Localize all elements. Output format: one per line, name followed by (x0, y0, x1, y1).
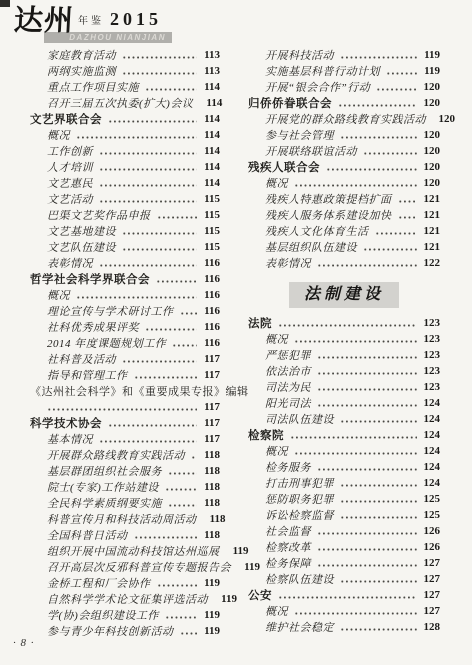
page-number: 114 (200, 161, 220, 173)
dot-leader (340, 475, 417, 491)
entry-label: 召开高层次反邪科普宣传专题报告会 (47, 559, 231, 575)
page-number: 125 (420, 493, 440, 505)
page-number: 120 (420, 177, 440, 189)
toc-entry: 117 (30, 399, 220, 415)
page-number: 116 (200, 289, 220, 301)
dot-leader (290, 427, 417, 443)
entry-label: 科普宣传月和科技活动周活动 (47, 511, 197, 527)
entry-label: 理论宣传与学术研讨工作 (47, 303, 174, 319)
page-number: 113 (200, 65, 220, 77)
entry-label: 检务服务 (265, 459, 311, 475)
entry-label: 开展群众路线教育实践活动 (47, 447, 185, 463)
entry-label: 归侨侨眷联合会 (248, 95, 332, 111)
toc-entry: 召开三届五次执委(扩大)会议114 (30, 95, 220, 111)
dot-leader (278, 587, 417, 603)
toc-entry: 维护社会稳定128 (248, 619, 440, 635)
page-number: 118 (200, 497, 220, 509)
page-number: 120 (435, 113, 455, 125)
dot-leader (99, 143, 197, 159)
toc-section-entry: 检察院124 (248, 427, 440, 443)
page-number: 116 (200, 257, 220, 269)
page-number: 117 (200, 433, 220, 445)
toc-entry: 检察改革126 (248, 539, 440, 555)
entry-label: 诉讼检察监督 (265, 507, 334, 523)
toc-entry: 依法治市123 (248, 363, 440, 379)
dot-leader (294, 331, 417, 347)
dot-leader (108, 415, 197, 431)
page-number: 123 (420, 349, 440, 361)
entry-label: 哲学社会科学界联合会 (30, 271, 150, 287)
toc-entry: 概况120 (248, 175, 440, 191)
entry-label: 残疾人文化体育生活 (265, 223, 369, 239)
entry-label: 法院 (248, 315, 272, 331)
page-number: 120 (420, 81, 440, 93)
page-number: 116 (200, 273, 220, 285)
dot-leader (338, 95, 417, 111)
page-number: 119 (229, 545, 249, 557)
entry-label: 表彰情况 (47, 255, 93, 271)
dot-leader (317, 379, 417, 395)
dot-leader (340, 491, 417, 507)
toc-entry: 文艺基地建设115 (30, 223, 220, 239)
entry-label: 工作创新 (47, 143, 93, 159)
page-number: 119 (420, 49, 440, 61)
toc-section-entry: 公安127 (248, 587, 440, 603)
entry-label: 社会监督 (265, 523, 311, 539)
toc-entry: 残疾人特惠政策提档扩面121 (248, 191, 440, 207)
dot-leader (317, 255, 417, 271)
toc-section-entry: 文艺界联合会114 (30, 111, 220, 127)
dot-leader (398, 191, 418, 207)
entry-label: 开展联络联谊活动 (265, 143, 357, 159)
toc-entry: 残疾人文化体育生活121 (248, 223, 440, 239)
entry-label: 公安 (248, 587, 272, 603)
page-number: 115 (200, 209, 220, 221)
page-number: 113 (200, 49, 220, 61)
dot-leader (363, 143, 417, 159)
toc-entry: 全民科学素质纲要实施118 (30, 495, 220, 511)
dot-leader (340, 619, 417, 635)
entry-label: 重点工作项目实施 (47, 79, 139, 95)
page-number: 116 (200, 337, 220, 349)
entry-label: 文艺惠民 (47, 175, 93, 191)
entry-label: 自然科学学术论文征集评选活动 (47, 591, 208, 607)
page-number: 122 (420, 257, 440, 269)
entry-label: 文艺基地建设 (47, 223, 116, 239)
dot-leader (340, 127, 417, 143)
entry-label: 开展党的群众路线教育实践活动 (265, 111, 426, 127)
dot-leader (340, 411, 417, 427)
logo-title-en: DAZHOU NIANJIAN (69, 33, 166, 42)
page-number: 120 (420, 145, 440, 157)
entry-label: 科学技术协会 (30, 415, 102, 431)
entry-label: 社科普及活动 (47, 351, 116, 367)
dot-leader (99, 431, 197, 447)
entry-label: 参与青少年科技创新活动 (47, 623, 174, 639)
entry-label: 指导和管理工作 (47, 367, 128, 383)
toc-entry: 两纲实施监测113 (30, 63, 220, 79)
dot-leader (145, 79, 197, 95)
toc-entry: 人才培训114 (30, 159, 220, 175)
page-number: 117 (200, 369, 220, 381)
toc-entry: 基层群团组织社会服务118 (30, 463, 220, 479)
logo-year: 2015 (110, 9, 162, 30)
entry-label: 概况 (47, 287, 70, 303)
toc-entry: 司法队伍建设124 (248, 411, 440, 427)
entry-label: 文艺活动 (47, 191, 93, 207)
entry-label: 概况 (265, 603, 288, 619)
entry-label: 组织开展中国流动科技馆达州巡展 (47, 543, 220, 559)
toc-entry: 开展联络联谊活动120 (248, 143, 440, 159)
entry-label: 社科优秀成果评奖 (47, 319, 139, 335)
toc-entry: 文艺活动115 (30, 191, 220, 207)
dot-leader (294, 603, 417, 619)
toc-entry: 惩防职务犯罪125 (248, 491, 440, 507)
part-banner-row: 法制建设 (248, 282, 440, 308)
page-number: 118 (206, 513, 226, 525)
page-number: 124 (420, 445, 440, 457)
page-number: 125 (420, 509, 440, 521)
toc-section-entry: 哲学社会科学界联合会116 (30, 271, 220, 287)
dot-leader (376, 79, 417, 95)
toc-entry: 参与社会管理120 (248, 127, 440, 143)
page-number: 121 (420, 193, 440, 205)
entry-label: 基本情况 (47, 431, 93, 447)
page-number: 123 (420, 381, 440, 393)
toc-entry: 文艺惠民114 (30, 175, 220, 191)
dot-leader (76, 287, 197, 303)
dot-leader (317, 539, 417, 555)
page-number: 128 (420, 621, 440, 633)
dot-leader (99, 191, 197, 207)
page-number: 114 (200, 177, 220, 189)
entry-label: 开展科技活动 (265, 47, 334, 63)
toc-entry: 概况114 (30, 127, 220, 143)
toc-entry: 社会监督126 (248, 523, 440, 539)
page-number: 123 (420, 365, 440, 377)
entry-label: 全国科普日活动 (47, 527, 128, 543)
page-number: 126 (420, 541, 440, 553)
page-number: 118 (200, 481, 220, 493)
entry-label: 概况 (265, 331, 288, 347)
toc-entry: 巴渠文艺奖作品申报115 (30, 207, 220, 223)
entry-label: 残疾人服务体系建设加快 (265, 207, 392, 223)
toc-entry: 家庭教育活动113 (30, 47, 220, 63)
toc-entry: 检务服务124 (248, 459, 440, 475)
page-number: 121 (420, 241, 440, 253)
dot-leader (340, 507, 417, 523)
dot-leader (157, 207, 198, 223)
dot-leader (340, 47, 417, 63)
page-number: 118 (200, 529, 220, 541)
dot-leader (278, 315, 417, 331)
entry-label: 2014 年度课题规划工作 (47, 335, 166, 351)
toc-entry: 社科优秀成果评奖116 (30, 319, 220, 335)
toc-entry: 基层组织队伍建设121 (248, 239, 440, 255)
logo-subtitle-cn: 年鉴 (78, 12, 104, 27)
entry-label: 依法治市 (265, 363, 311, 379)
page-number: 123 (420, 317, 440, 329)
page-number: 124 (420, 461, 440, 473)
toc-entry: 基本情况117 (30, 431, 220, 447)
page-number: 119 (200, 577, 220, 589)
toc-entry: 残疾人服务体系建设加快121 (248, 207, 440, 223)
dot-leader (99, 175, 197, 191)
toc-section-entry: 归侨侨眷联合会120 (248, 95, 440, 111)
page-number: 116 (200, 305, 220, 317)
toc-entry: 概况123 (248, 331, 440, 347)
dot-leader (180, 303, 198, 319)
toc-entry: 开展群众路线教育实践活动118 (30, 447, 220, 463)
dot-leader (317, 555, 417, 571)
dot-leader (108, 111, 197, 127)
dot-leader (172, 335, 197, 351)
toc-entry: 文艺队伍建设115 (30, 239, 220, 255)
entry-label: 文艺界联合会 (30, 111, 102, 127)
page-number: 115 (200, 241, 220, 253)
page-number: 127 (420, 573, 440, 585)
dot-leader (122, 223, 197, 239)
page-number: 114 (202, 97, 222, 109)
entry-label: 参与社会管理 (265, 127, 334, 143)
toc-entry: 金桥工程和厂会协作119 (30, 575, 220, 591)
page-number: 115 (200, 225, 220, 237)
dot-leader (47, 399, 197, 415)
dot-leader (134, 367, 198, 383)
dot-leader (76, 127, 197, 143)
page-number: 124 (420, 477, 440, 489)
toc-entry: 开展科技活动119 (248, 47, 440, 63)
dot-leader (340, 571, 417, 587)
page-number: 120 (420, 161, 440, 173)
entry-label: 阳光司法 (265, 395, 311, 411)
toc-entry: 打击刑事犯罪124 (248, 475, 440, 491)
toc-entry: 工作创新114 (30, 143, 220, 159)
toc-entry: 参与青少年科技创新活动119 (30, 623, 220, 639)
page-number: 123 (420, 333, 440, 345)
toc-entry: 概况116 (30, 287, 220, 303)
dot-leader (317, 347, 417, 363)
page-number: 114 (200, 113, 220, 125)
toc-section-entry: 科学技术协会117 (30, 415, 220, 431)
dot-leader (168, 495, 197, 511)
dot-leader (386, 63, 417, 79)
entry-label: 家庭教育活动 (47, 47, 116, 63)
page-number: 116 (200, 321, 220, 333)
page-number: 127 (420, 605, 440, 617)
toc-entry: 表彰情况116 (30, 255, 220, 271)
toc-entry: 指导和管理工作117 (30, 367, 220, 383)
dot-leader (122, 63, 197, 79)
page-number: 119 (217, 593, 237, 605)
toc-entry: 诉讼检察监督125 (248, 507, 440, 523)
toc-entry: 实施基层科普行动计划119 (248, 63, 440, 79)
entry-label: 《达州社会科学》和《重要成果专报》编辑 (30, 383, 249, 399)
entry-label: 人才培训 (47, 159, 93, 175)
entry-label: 司法队伍建设 (265, 411, 334, 427)
toc-column-left: 家庭教育活动113两纲实施监测113重点工作项目实施114召开三届五次执委(扩大… (30, 47, 220, 639)
dot-leader (99, 255, 197, 271)
dot-leader (180, 623, 198, 639)
toc-entry: 重点工作项目实施114 (30, 79, 220, 95)
dot-leader (317, 395, 417, 411)
entry-label: 院士(专家)工作站建设 (47, 479, 159, 495)
toc-entry: 概况124 (248, 443, 440, 459)
page-number: 124 (420, 413, 440, 425)
entry-label: 表彰情况 (265, 255, 311, 271)
scan-corner-mark (0, 0, 10, 7)
page-number: 127 (420, 557, 440, 569)
toc-entry: 召开高层次反邪科普宣传专题报告会119 (30, 559, 220, 575)
entry-label: 开展“银会合作”行动 (265, 79, 370, 95)
dot-leader (122, 47, 197, 63)
page-number: 117 (200, 353, 220, 365)
toc-entry: 概况127 (248, 603, 440, 619)
entry-label: 维护社会稳定 (265, 619, 334, 635)
toc-section-entry: 法院123 (248, 315, 440, 331)
yearbook-toc-page: 达州 年鉴 2015 DAZHOU NIANJIAN 家庭教育活动113两纲实施… (0, 0, 472, 665)
entry-label: 残疾人特惠政策提档扩面 (265, 191, 392, 207)
entry-label: 实施基层科普行动计划 (265, 63, 380, 79)
dot-leader (156, 271, 197, 287)
entry-label: 两纲实施监测 (47, 63, 116, 79)
entry-label: 概况 (47, 127, 70, 143)
dot-leader (99, 159, 197, 175)
page-number: 126 (420, 525, 440, 537)
yearbook-logo: 达州 年鉴 2015 DAZHOU NIANJIAN (14, 4, 214, 44)
page-number: 124 (420, 429, 440, 441)
page-number: 119 (200, 609, 220, 621)
entry-label: 检察院 (248, 427, 284, 443)
entry-label: 残疾人联合会 (248, 159, 320, 175)
toc-entry: 《达州社会科学》和《重要成果专报》编辑 (30, 383, 220, 399)
page-number: 119 (200, 625, 220, 637)
logo-title-cn: 达州 (13, 4, 75, 38)
dot-leader (165, 479, 197, 495)
entry-label: 检察队伍建设 (265, 571, 334, 587)
toc-column-right: 开展科技活动119实施基层科普行动计划119开展“银会合作”行动120归侨侨眷联… (248, 47, 440, 635)
page-number: 120 (420, 129, 440, 141)
entry-label: 基层组织队伍建设 (265, 239, 357, 255)
dot-leader (317, 363, 417, 379)
dot-leader (122, 351, 197, 367)
entry-label: 基层群团组织社会服务 (47, 463, 162, 479)
toc-entry: 自然科学学术论文征集评选活动119 (30, 591, 220, 607)
page-number: 121 (420, 209, 440, 221)
entry-label: 学(协)会组织建设工作 (47, 607, 159, 623)
toc-entry: 社科普及活动117 (30, 351, 220, 367)
entry-label: 巴渠文艺奖作品申报 (47, 207, 151, 223)
dot-leader (294, 175, 417, 191)
entry-label: 全民科学素质纲要实施 (47, 495, 162, 511)
page-number-footer: · 8 · (13, 637, 35, 649)
toc-entry: 科普宣传月和科技活动周活动118 (30, 511, 220, 527)
toc-entry: 严惩犯罪123 (248, 347, 440, 363)
toc-entry: 全国科普日活动118 (30, 527, 220, 543)
page-number: 124 (420, 397, 440, 409)
toc-entry: 开展党的群众路线教育实践活动120 (248, 111, 440, 127)
dot-leader (165, 607, 197, 623)
dot-leader (145, 319, 197, 335)
entry-label: 文艺队伍建设 (47, 239, 116, 255)
entry-label: 打击刑事犯罪 (265, 475, 334, 491)
toc-entry: 检务保障127 (248, 555, 440, 571)
dot-leader (326, 159, 417, 175)
toc-entry: 司法为民123 (248, 379, 440, 395)
entry-label: 召开三届五次执委(扩大)会议 (47, 95, 193, 111)
page-number: 114 (200, 81, 220, 93)
toc-entry: 学(协)会组织建设工作119 (30, 607, 220, 623)
part-banner: 法制建设 (289, 282, 399, 308)
toc-entry: 组织开展中国流动科技馆达州巡展119 (30, 543, 220, 559)
entry-label: 惩防职务犯罪 (265, 491, 334, 507)
dot-leader (294, 443, 417, 459)
dot-leader (317, 459, 417, 475)
page-number: 114 (200, 145, 220, 157)
dot-leader (122, 239, 197, 255)
dot-leader (398, 207, 418, 223)
dot-leader (134, 527, 198, 543)
page-number: 118 (200, 465, 220, 477)
toc-section-entry: 残疾人联合会120 (248, 159, 440, 175)
dot-leader (191, 447, 197, 463)
page-number: 117 (200, 401, 220, 413)
entry-label: 检察改革 (265, 539, 311, 555)
page-number: 119 (420, 65, 440, 77)
page-number: 127 (420, 589, 440, 601)
entry-label: 检务保障 (265, 555, 311, 571)
toc-entry: 开展“银会合作”行动120 (248, 79, 440, 95)
page-number: 114 (200, 129, 220, 141)
toc-entry: 2014 年度课题规划工作116 (30, 335, 220, 351)
entry-label: 概况 (265, 443, 288, 459)
entry-label: 概况 (265, 175, 288, 191)
page-number: 120 (420, 97, 440, 109)
entry-label: 司法为民 (265, 379, 311, 395)
toc-entry: 检察队伍建设127 (248, 571, 440, 587)
dot-leader (168, 463, 197, 479)
dot-leader (375, 223, 418, 239)
toc-entry: 理论宣传与学术研讨工作116 (30, 303, 220, 319)
entry-label: 严惩犯罪 (265, 347, 311, 363)
toc-entry: 表彰情况122 (248, 255, 440, 271)
toc-entry: 阳光司法124 (248, 395, 440, 411)
entry-label: 金桥工程和厂会协作 (47, 575, 151, 591)
toc-entry: 院士(专家)工作站建设118 (30, 479, 220, 495)
page-number: 117 (200, 417, 220, 429)
dot-leader (157, 575, 198, 591)
page-number: 118 (200, 449, 220, 461)
dot-leader (363, 239, 417, 255)
page-number: 121 (420, 225, 440, 237)
page-number: 115 (200, 193, 220, 205)
dot-leader (317, 523, 417, 539)
